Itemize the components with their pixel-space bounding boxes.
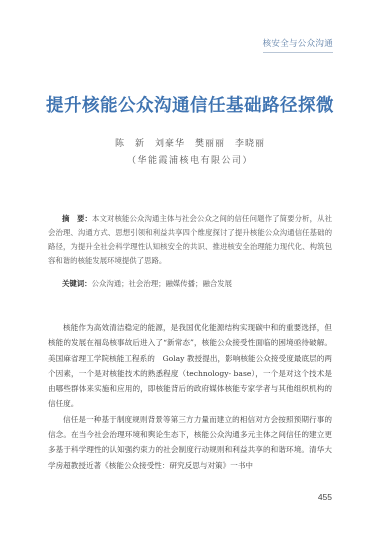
keywords-text: 公众沟通；社会治理；融媒传播；融合发展 — [92, 279, 232, 288]
abstract: 摘 要：本文对核能公众沟通主体与社会公众之间的信任问题作了简要分析，从社会治理、… — [48, 212, 332, 268]
running-head: 核安全与公众沟通 — [263, 37, 333, 53]
body-text: 核能作为高效清洁稳定的能源，是我国优化能源结构实现碳中和的重要选择，但核能的发展… — [48, 320, 332, 473]
keywords: 关键词：公众沟通；社会治理；融媒传播；融合发展 — [62, 278, 332, 289]
body-paragraph: 信任是一种基于制度规则背景等第三方力量而建立的相信对方会按照预期行事的信念。在当… — [48, 412, 332, 473]
abstract-label: 摘 要： — [62, 214, 92, 223]
keywords-label: 关键词： — [62, 279, 92, 288]
authors: 陈 新 刘豪华 樊丽丽 李晓丽 — [0, 136, 380, 149]
page-number: 455 — [318, 492, 332, 502]
body-paragraph: 核能作为高效清洁稳定的能源，是我国优化能源结构实现碳中和的重要选择，但核能的发展… — [48, 320, 332, 412]
affiliation: （华能霞浦核电有限公司） — [0, 153, 380, 166]
article-title: 提升核能公众沟通信任基础路径探微 — [0, 92, 380, 117]
